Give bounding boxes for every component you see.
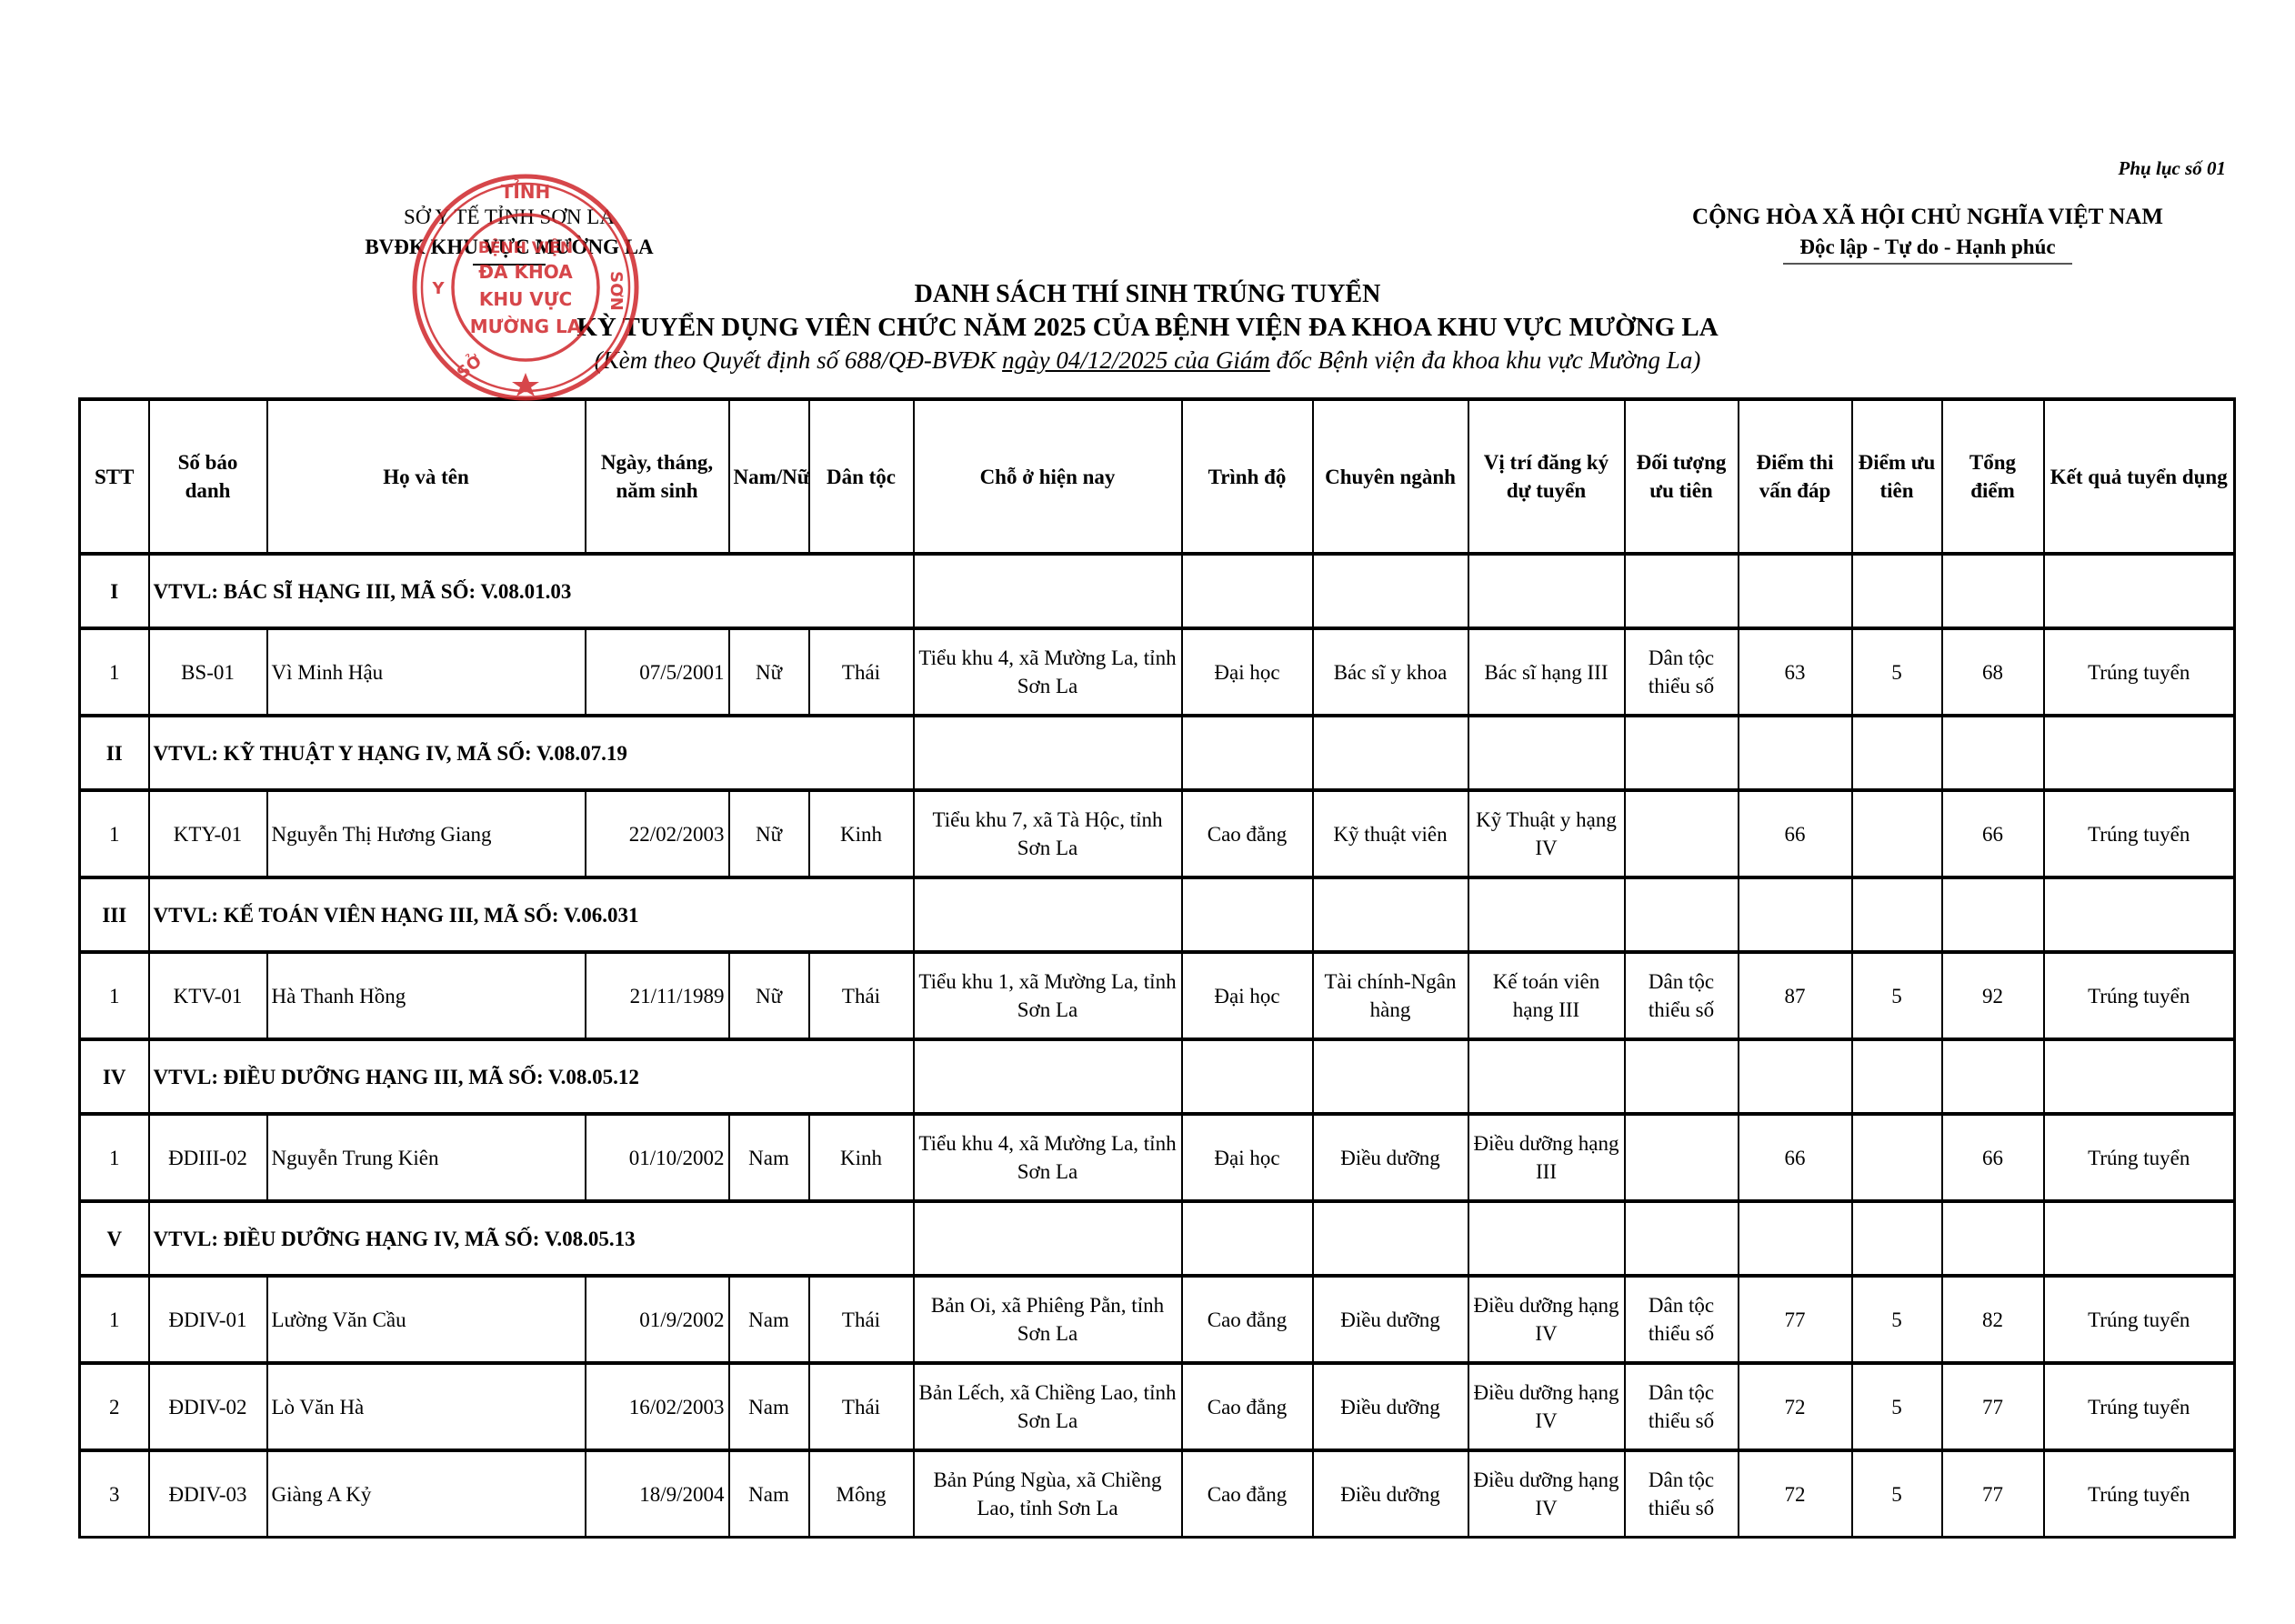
cell-address: Tiểu khu 7, xã Tà Hộc, tỉnh Sơn La (914, 790, 1182, 877)
cell-total-score: 77 (1942, 1363, 2044, 1450)
cell-stt: 1 (80, 952, 149, 1039)
table-row: 3ĐDIV-03Giàng A Kỷ18/9/2004NamMôngBản Pú… (80, 1450, 2235, 1538)
cell-total-score: 82 (1942, 1276, 2044, 1363)
cell-total-score: 66 (1942, 790, 2044, 877)
cell-ethnicity: Thái (809, 1276, 914, 1363)
cell-position: Điều dưỡng hạng IV (1468, 1363, 1625, 1450)
empty-cell (914, 877, 1182, 952)
cell-oral-score: 72 (1739, 1363, 1852, 1450)
cell-priority-score: 5 (1852, 1363, 1942, 1450)
empty-cell (1468, 1201, 1625, 1276)
cell-birth-date: 01/9/2002 (586, 1276, 729, 1363)
section-number: I (80, 554, 149, 628)
cell-ethnicity: Thái (809, 952, 914, 1039)
header-address: Chỗ ở hiện nay (914, 399, 1182, 554)
empty-cell (1313, 554, 1468, 628)
empty-cell (1739, 716, 1852, 790)
empty-cell (1852, 877, 1942, 952)
cell-full-name: Lường Văn Cầu (267, 1276, 586, 1363)
cell-result: Trúng tuyển (2044, 1363, 2235, 1450)
cell-birth-date: 07/5/2001 (586, 628, 729, 716)
empty-cell (1313, 1039, 1468, 1114)
header-ethnicity: Dân tộc (809, 399, 914, 554)
empty-cell (1625, 716, 1739, 790)
section-row: IVVTVL: ĐIỀU DƯỠNG HẠNG III, MÃ SỐ: V.08… (80, 1039, 2235, 1114)
cell-major: Điều dưỡng (1313, 1276, 1468, 1363)
section-row: IIVTVL: KỸ THUẬT Y HẠNG IV, MÃ SỐ: V.08.… (80, 716, 2235, 790)
cell-major: Bác sĩ y khoa (1313, 628, 1468, 716)
cell-oral-score: 63 (1739, 628, 1852, 716)
header-priority-group: Đối tượng ưu tiên (1625, 399, 1739, 554)
empty-cell (1313, 716, 1468, 790)
cell-position: Điều dưỡng hạng III (1468, 1114, 1625, 1201)
empty-cell (1739, 1201, 1852, 1276)
cell-total-score: 77 (1942, 1450, 2044, 1538)
cell-priority-score: 5 (1852, 628, 1942, 716)
cell-birth-date: 16/02/2003 (586, 1363, 729, 1450)
section-number: IV (80, 1039, 149, 1114)
table-row: 1ĐDIV-01Lường Văn Cầu01/9/2002NamTháiBản… (80, 1276, 2235, 1363)
section-title: VTVL: ĐIỀU DƯỠNG HẠNG IV, MÃ SỐ: V.08.05… (149, 1201, 914, 1276)
cell-ethnicity: Mông (809, 1450, 914, 1538)
national-header: CỘNG HÒA XÃ HỘI CHỦ NGHĨA VIỆT NAM Độc l… (1655, 202, 2200, 265)
cell-priority-score: 5 (1852, 1276, 1942, 1363)
section-number: V (80, 1201, 149, 1276)
cell-gender: Nam (729, 1276, 809, 1363)
cell-position: Bác sĩ hạng III (1468, 628, 1625, 716)
cell-priority-group (1625, 1114, 1739, 1201)
empty-cell (1739, 877, 1852, 952)
empty-cell (1182, 877, 1313, 952)
header-full-name: Họ và tên (267, 399, 586, 554)
candidate-table: STTSố báo danhHọ và tênNgày, tháng, năm … (78, 397, 2236, 1539)
cell-oral-score: 77 (1739, 1276, 1852, 1363)
header-stt: STT (80, 399, 149, 554)
cell-total-score: 68 (1942, 628, 2044, 716)
empty-cell (1942, 1201, 2044, 1276)
cell-major: Điều dưỡng (1313, 1363, 1468, 1450)
empty-cell (2044, 877, 2235, 952)
cell-stt: 1 (80, 628, 149, 716)
cell-result: Trúng tuyển (2044, 1276, 2235, 1363)
svg-text:SỞ: SỞ (452, 349, 486, 383)
section-title: VTVL: BÁC SĨ HẠNG III, MÃ SỐ: V.08.01.03 (149, 554, 914, 628)
cell-stt: 1 (80, 790, 149, 877)
empty-cell (1852, 554, 1942, 628)
empty-cell (2044, 1201, 2235, 1276)
cell-position: Kỹ Thuật y hạng IV (1468, 790, 1625, 877)
header-birth-date: Ngày, tháng, năm sinh (586, 399, 729, 554)
header-total-score: Tổng điểm (1942, 399, 2044, 554)
cell-full-name: Nguyễn Thị Hương Giang (267, 790, 586, 877)
cell-priority-group: Dân tộc thiểu số (1625, 628, 1739, 716)
empty-cell (1852, 1039, 1942, 1114)
cell-priority-score: 5 (1852, 952, 1942, 1039)
cell-oral-score: 66 (1739, 790, 1852, 877)
cell-exam-id: KTV-01 (149, 952, 267, 1039)
svg-text:SƠN: SƠN (606, 271, 626, 311)
empty-cell (1942, 554, 2044, 628)
header-oral-score: Điểm thi vấn đáp (1739, 399, 1852, 554)
cell-total-score: 66 (1942, 1114, 2044, 1201)
empty-cell (1313, 1201, 1468, 1276)
cell-result: Trúng tuyển (2044, 1114, 2235, 1201)
empty-cell (914, 716, 1182, 790)
empty-cell (1182, 1039, 1313, 1114)
cell-oral-score: 66 (1739, 1114, 1852, 1201)
decision-ref: (Kèm theo Quyết định số 688/QĐ-BVĐK (595, 346, 1002, 374)
cell-exam-id: ĐDIV-01 (149, 1276, 267, 1363)
empty-cell (1468, 716, 1625, 790)
cell-stt: 2 (80, 1363, 149, 1450)
section-number: II (80, 716, 149, 790)
cell-exam-id: ĐDIV-02 (149, 1363, 267, 1450)
cell-result: Trúng tuyển (2044, 952, 2235, 1039)
cell-address: Tiểu khu 4, xã Mường La, tỉnh Sơn La (914, 1114, 1182, 1201)
cell-major: Điều dưỡng (1313, 1114, 1468, 1201)
cell-full-name: Vì Minh Hậu (267, 628, 586, 716)
cell-stt: 3 (80, 1450, 149, 1538)
section-row: IIIVTVL: KẾ TOÁN VIÊN HẠNG III, MÃ SỐ: V… (80, 877, 2235, 952)
national-title: CỘNG HÒA XÃ HỘI CHỦ NGHĨA VIỆT NAM (1655, 202, 2200, 232)
section-title: VTVL: ĐIỀU DƯỠNG HẠNG III, MÃ SỐ: V.08.0… (149, 1039, 914, 1114)
cell-exam-id: KTY-01 (149, 790, 267, 877)
cell-gender: Nam (729, 1363, 809, 1450)
empty-cell (2044, 554, 2235, 628)
cell-ethnicity: Kinh (809, 790, 914, 877)
cell-priority-score: 5 (1852, 1450, 1942, 1538)
cell-address: Bản Lếch, xã Chiềng Lao, tỉnh Sơn La (914, 1363, 1182, 1450)
table-row: 2ĐDIV-02Lò Văn Hà16/02/2003NamTháiBản Lế… (80, 1363, 2235, 1450)
cell-gender: Nam (729, 1114, 809, 1201)
cell-exam-id: BS-01 (149, 628, 267, 716)
section-number: III (80, 877, 149, 952)
cell-birth-date: 21/11/1989 (586, 952, 729, 1039)
national-motto: Độc lập - Tự do - Hạnh phúc (1783, 232, 2071, 265)
empty-cell (1625, 877, 1739, 952)
svg-text:Y: Y (431, 279, 445, 298)
header-gender: Nam/Nữ (729, 399, 809, 554)
table-row: 1KTV-01Hà Thanh Hồng21/11/1989NữTháiTiểu… (80, 952, 2235, 1039)
cell-exam-id: ĐDIII-02 (149, 1114, 267, 1201)
empty-cell (1852, 716, 1942, 790)
empty-cell (1739, 1039, 1852, 1114)
table-body: IVTVL: BÁC SĨ HẠNG III, MÃ SỐ: V.08.01.0… (80, 554, 2235, 1538)
cell-birth-date: 01/10/2002 (586, 1114, 729, 1201)
cell-education-level: Cao đẳng (1182, 1276, 1313, 1363)
cell-priority-group: Dân tộc thiểu số (1625, 1276, 1739, 1363)
cell-education-level: Đại học (1182, 1114, 1313, 1201)
decision-date: ngày 04/12/2025 của Giám (1002, 346, 1270, 374)
header-priority-score: Điểm ưu tiên (1852, 399, 1942, 554)
cell-major: Kỹ thuật viên (1313, 790, 1468, 877)
cell-stt: 1 (80, 1276, 149, 1363)
cell-ethnicity: Thái (809, 1363, 914, 1450)
cell-education-level: Cao đẳng (1182, 1363, 1313, 1450)
empty-cell (1468, 1039, 1625, 1114)
empty-cell (914, 1039, 1182, 1114)
cell-exam-id: ĐDIV-03 (149, 1450, 267, 1538)
empty-cell (1468, 554, 1625, 628)
header-result: Kết quả tuyển dụng (2044, 399, 2235, 554)
empty-cell (1182, 554, 1313, 628)
decision-issuer: đốc Bệnh viện đa khoa khu vực Mường La) (1270, 346, 1700, 374)
cell-education-level: Đại học (1182, 628, 1313, 716)
empty-cell (1182, 1201, 1313, 1276)
cell-address: Bản Púng Ngùa, xã Chiềng Lao, tỉnh Sơn L… (914, 1450, 1182, 1538)
empty-cell (1182, 716, 1313, 790)
cell-ethnicity: Kinh (809, 1114, 914, 1201)
header-exam-id: Số báo danh (149, 399, 267, 554)
cell-priority-score (1852, 790, 1942, 877)
empty-cell (1625, 554, 1739, 628)
table-row: 1ĐDIII-02Nguyễn Trung Kiên01/10/2002NamK… (80, 1114, 2235, 1201)
cell-priority-group: Dân tộc thiểu số (1625, 1363, 1739, 1450)
cell-education-level: Cao đẳng (1182, 790, 1313, 877)
empty-cell (1625, 1039, 1739, 1114)
cell-address: Bản Oi, xã Phiêng Pằn, tỉnh Sơn La (914, 1276, 1182, 1363)
section-title: VTVL: KỸ THUẬT Y HẠNG IV, MÃ SỐ: V.08.07… (149, 716, 914, 790)
table-row: 1BS-01Vì Minh Hậu07/5/2001NữTháiTiểu khu… (80, 628, 2235, 716)
section-title: VTVL: KẾ TOÁN VIÊN HẠNG III, MÃ SỐ: V.06… (149, 877, 914, 952)
cell-education-level: Cao đẳng (1182, 1450, 1313, 1538)
cell-position: Điều dưỡng hạng IV (1468, 1276, 1625, 1363)
header-education-level: Trình độ (1182, 399, 1313, 554)
cell-result: Trúng tuyển (2044, 628, 2235, 716)
cell-full-name: Nguyễn Trung Kiên (267, 1114, 586, 1201)
empty-cell (914, 1201, 1182, 1276)
cell-full-name: Giàng A Kỷ (267, 1450, 586, 1538)
cell-education-level: Đại học (1182, 952, 1313, 1039)
cell-result: Trúng tuyển (2044, 1450, 2235, 1538)
empty-cell (2044, 1039, 2235, 1114)
cell-oral-score: 87 (1739, 952, 1852, 1039)
empty-cell (1739, 554, 1852, 628)
empty-cell (2044, 716, 2235, 790)
cell-gender: Nữ (729, 952, 809, 1039)
cell-full-name: Hà Thanh Hồng (267, 952, 586, 1039)
empty-cell (1942, 877, 2044, 952)
cell-ethnicity: Thái (809, 628, 914, 716)
cell-full-name: Lò Văn Hà (267, 1363, 586, 1450)
cell-gender: Nữ (729, 790, 809, 877)
cell-priority-group (1625, 790, 1739, 877)
svg-text:BỆNH VIỆN: BỆNH VIỆN (478, 237, 573, 257)
cell-address: Tiểu khu 4, xã Mường La, tỉnh Sơn La (914, 628, 1182, 716)
cell-gender: Nam (729, 1450, 809, 1538)
empty-cell (1625, 1201, 1739, 1276)
cell-result: Trúng tuyển (2044, 790, 2235, 877)
svg-text:MƯỜNG LA: MƯỜNG LA (470, 316, 582, 337)
cell-gender: Nữ (729, 628, 809, 716)
empty-cell (914, 554, 1182, 628)
cell-birth-date: 22/02/2003 (586, 790, 729, 877)
cell-stt: 1 (80, 1114, 149, 1201)
section-row: IVTVL: BÁC SĨ HẠNG III, MÃ SỐ: V.08.01.0… (80, 554, 2235, 628)
table-header-row: STTSố báo danhHọ và tênNgày, tháng, năm … (80, 399, 2235, 554)
cell-priority-group: Dân tộc thiểu số (1625, 952, 1739, 1039)
cell-major: Tài chính-Ngân hàng (1313, 952, 1468, 1039)
cell-position: Điều dưỡng hạng IV (1468, 1450, 1625, 1538)
cell-address: Tiểu khu 1, xã Mường La, tỉnh Sơn La (914, 952, 1182, 1039)
cell-position: Kế toán viên hạng III (1468, 952, 1625, 1039)
empty-cell (1942, 716, 2044, 790)
cell-major: Điều dưỡng (1313, 1450, 1468, 1538)
empty-cell (1942, 1039, 2044, 1114)
section-row: VVTVL: ĐIỀU DƯỠNG HẠNG IV, MÃ SỐ: V.08.0… (80, 1201, 2235, 1276)
svg-text:ĐA KHOA: ĐA KHOA (478, 261, 573, 283)
cell-total-score: 92 (1942, 952, 2044, 1039)
svg-text:KHU VỰC: KHU VỰC (479, 288, 572, 310)
cell-birth-date: 18/9/2004 (586, 1450, 729, 1538)
cell-oral-score: 72 (1739, 1450, 1852, 1538)
empty-cell (1313, 877, 1468, 952)
header-position: Vị trí đăng ký dự tuyển (1468, 399, 1625, 554)
table-row: 1KTY-01Nguyễn Thị Hương Giang22/02/2003N… (80, 790, 2235, 877)
cell-priority-group: Dân tộc thiểu số (1625, 1450, 1739, 1538)
empty-cell (1852, 1201, 1942, 1276)
cell-priority-score (1852, 1114, 1942, 1201)
svg-text:TỈNH: TỈNH (501, 180, 551, 203)
empty-cell (1468, 877, 1625, 952)
header-major: Chuyên ngành (1313, 399, 1468, 554)
annex-label: Phụ lục số 01 (2119, 157, 2226, 180)
official-seal-icon: TỈNH SƠN Y SỞ BỆNH VIỆN ĐA KHOA KHU VỰC … (409, 171, 642, 404)
